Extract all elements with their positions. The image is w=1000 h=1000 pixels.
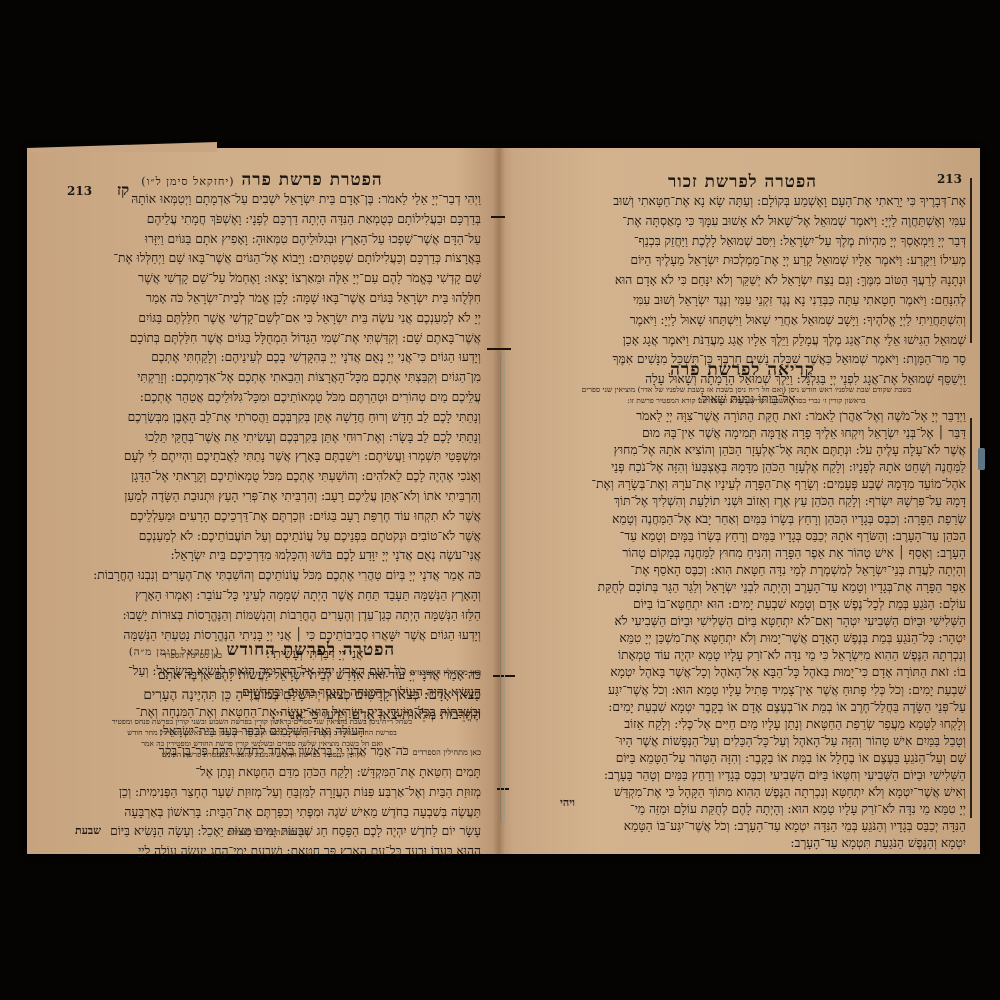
text-line: אֲשֶׁר לֹא־עָלָה עָלֶיהָ עֹל: וּנְתַתֶּם… [527, 442, 966, 459]
text-line: כאן מתחילין הספרדים כֹּה־אָמַר אֲדֹנָי י… [43, 742, 481, 763]
text-line: הַנָּשִׂיא יִהְיֶה הָעוֹלוֹת וְהַמִּנְחָ… [43, 683, 481, 703]
text-line: שְׁמוּאֵל הַגִּישׁוּ אֵלַי אֶת־אֲגַג מֶל… [527, 331, 966, 351]
text-line: הַהוּא בַּעֲדוֹ וּבְעַד כָּל־עַם הָאָרֶץ… [43, 842, 481, 862]
text-line: וְטָבַל בַּמַּיִם אִישׁ טָהוֹר וְהִזָּה … [527, 733, 966, 750]
section-heading-title: הפטרה לפרשת החודש [227, 640, 396, 660]
text-line: וְהִשְׁתַּחֲוֵיתִי לַיְיָ אֱלֹהֶיךָ: וַי… [527, 311, 966, 331]
footer-note: לבי רעת הט״ז ז״ל לעיניהם [227, 828, 309, 837]
text-line: וְנָתַתִּי לָכֶם לֵב חָדָשׁ וְרוּחַ חֲדָ… [43, 408, 481, 428]
text-line: וְלָקְחוּ לַטָּמֵא מֵעֲפַר שְׂרֵפַת הַחַ… [527, 716, 966, 733]
text-line: לְהִנָּחֵם: וַיֹּאמֶר חָטָאתִי עַתָּה כַ… [527, 291, 966, 311]
text-line: דָּמָהּ עַל־פִּרְשָׁהּ יִשְׂרֹף: וְלָקַח… [527, 493, 966, 510]
catchword: ויהי [560, 796, 575, 809]
text-line: אֹהֶל־מוֹעֵד מִדָּמָהּ שֶׁבַע פְּעָמִים:… [527, 476, 966, 493]
text-line: וְאָנֹכִי אֶהְיֶה לָכֶם לֵאלֹהִים: וְהוֹ… [43, 467, 481, 487]
text-line: הַנִּדָּה יְכַבֵּס בְּגָדָיו וְהַנֹּגֵעַ… [527, 818, 966, 835]
text-line: מְעִילוֹ וַיִּקָּרַע: וַיֹּאמֶר אֵלָיו ש… [527, 251, 966, 271]
text-line: לַמַּחֲנֶה וְשָׁחַט אֹתָהּ לְפָנָיו: וְל… [527, 459, 966, 476]
book-spread: הפטרת פרשת פרה (יחזקאל סימן ל״ו) 213 קז … [27, 148, 980, 854]
margin-rule [970, 418, 972, 818]
text-line: וְהָאָרֶץ הַנְּשַׁמָּה תֵּעָבֵד תַּחַת א… [43, 586, 481, 606]
right-page: הפטרה לפרשת זכור 213 אֶת־דְּבָרֶיךָ כִּי… [505, 148, 980, 854]
margin-rule [970, 178, 972, 343]
text-line: הַשְּׁלִישִׁי וּבַיּוֹם הַשְּׁבִיעִי יִט… [527, 613, 966, 630]
text-line: בָּאֲרָצוֹת כְּדַרְכָּם וְכַעֲלִילוֹתָם … [43, 249, 481, 269]
text-line: וְיָדְעוּ הַגּוֹיִם כִּי־אֲנִי יְיָ נְאֻ… [43, 348, 481, 368]
text-line: שְׂרֵפַת הַפָּרָה: וְכִבֶּס בְּגָדָיו הַ… [527, 511, 966, 528]
parah-reading-text: וַיְדַבֵּר יְיָ אֶל־מֹשֶׁה וְאֶל־אַהֲרֹן… [527, 408, 966, 852]
text-line: עַל־הַדָּם אֲשֶׁר־שָׁפְכוּ עַל־הָאָרֶץ ו… [43, 230, 481, 250]
text-line: שָׁם וְעַל־הַנֹּגֵעַ בַּעֶצֶם אוֹ בֶחָלָ… [527, 750, 966, 767]
text-line: וְהָיְתָה לַעֲדַת בְּנֵי־יִשְׂרָאֵל לְמִ… [527, 562, 966, 579]
running-head: הפטרה לפרשת זכור [505, 172, 980, 192]
text-line: וְהִרְבֵּיתִי אֹתוֹ וְלֹא־אֶתֵּן עֲלֵיכֶ… [43, 487, 481, 507]
text-line: שִׁבְעַת יָמִים: וְכֹל כְּלִי פָתוּחַ אֲ… [527, 682, 966, 699]
text-line: תָּמִים וְחִטֵּאתָ אֶת־הַמִּקְדָּשׁ: וְל… [43, 763, 481, 783]
text-line: עֲלֵיכֶם מַיִם טְהוֹרִים וּטְהַרְתֶּם מִ… [43, 388, 481, 408]
text-line: שֵׁם קָדְשִׁי בֶּאֱמֹר לָהֶם עַם־יְיָ אֵ… [43, 269, 481, 289]
text-line: תַּעֲשֶׂה בְּשִׁבְעָה בַחֹדֶשׁ מֵאִישׁ ש… [43, 803, 481, 823]
running-head: הפטרת פרשת פרה (יחזקאל סימן ל״ו) [27, 170, 497, 190]
running-head-title: הפטרה לפרשת זכור [668, 172, 817, 192]
text-line: יִטְהָר: כָּל־הַנֹּגֵעַ בְּמֵת בְּנֶפֶשׁ… [527, 630, 966, 647]
text-line-content: כֹּה־אָמַר אֲדֹנָי יְיָ בָּרִאשׁוֹן בְּא… [159, 744, 409, 758]
text-line: כאן מתחילין האשכנזים כֹּל הָעָם הָאָרֶץ … [43, 662, 481, 683]
text-line: וּנְתָנָהּ לְרֵעֲךָ הַטּוֹב מִמֶּךָּ: וְ… [527, 271, 966, 291]
section-heading-hachodesh: הפטרה לפרשת החודש (יחזקאל סימן מ״ה) [27, 640, 497, 660]
text-line: יְיָ טִמֵּא מֵי נִדָּה לֹא־זֹרַק עָלָיו … [527, 801, 966, 818]
text-line: דַּבֵּר ׀ אֶל־בְּנֵי יִשְׂרָאֵל וְיִקְחו… [527, 425, 966, 442]
catchword: שבעת [75, 824, 101, 837]
section-heading-parah: קריאה לפרשת פרה [505, 360, 980, 380]
text-line: הָעָרֶב: וְאָסַף ׀ אִישׁ טָהוֹר אֵת אֵפֶ… [527, 545, 966, 562]
note-line: בראשון קורין ז׳ גברי בסדר השבוע וקדיש לע… [527, 395, 966, 406]
text-line: בְּדַרְכָּם וּבַעֲלִילוֹתָם כְּטֻמְאַת ה… [43, 210, 481, 230]
text-line: כֹּה אָמַר אֲדֹנָי יְיָ בְּיוֹם טַהֲרִי … [43, 566, 481, 586]
text-line: וְאִישׁ אֲשֶׁר־יִטְמָא וְלֹא יִתְחַטָּא … [527, 784, 966, 801]
text-line: וְנִכְרְתָה הַנֶּפֶשׁ הַהִוא מִיִּשְׂרָא… [527, 647, 966, 664]
text-line: וְנָתַתִּי לָכֶם לֵב בָּשָׂר: וְאֶת־רוּח… [43, 428, 481, 448]
text-line: וּמִשְׁפָּטַי תִּשְׁמְרוּ וַעֲשִׂיתֶם: ו… [43, 447, 481, 467]
running-head-sub: (יחזקאל סימן ל״ו) [141, 175, 234, 188]
left-page: הפטרת פרשת פרה (יחזקאל סימן ל״ו) 213 קז … [27, 148, 497, 854]
text-line: הָעוֹלָה וְאֶת־הַשְּׁלָמִים לְכַפֵּר בְּ… [43, 722, 481, 742]
running-head-title: הפטרת פרשת פרה [241, 170, 382, 190]
section-heading-sub: (יחזקאל סימן מ״ה) [129, 647, 220, 658]
text-line-content: כֹּל הָעָם הָאָרֶץ יִהְיוּ אֶל־הַתְּרוּמ… [128, 664, 406, 678]
text-line: הַכֹּהֵן עַד־הָעָרֶב: וְהַשֹּׂרֵף אֹתָהּ… [527, 528, 966, 545]
text-line: אֲשֶׁר־בָּאתֶם שָׁם: וְקִדַּשְׁתִּי אֶת־… [43, 329, 481, 349]
text-line: עִמִּי וְאֶשְׁתַּחֲוֶה לַיְיָ: וַיֹּאמֶר… [527, 212, 966, 232]
text-line: הַלֵּזוּ הַנְּשַׁמָּה הָיְתָה כְּגַן־עֵד… [43, 606, 481, 626]
text-line: מְזוּזַת הַבַּיִת וְאֶל־אַרְבַּע פִּנּוֹ… [43, 783, 481, 803]
text-line: הַשְּׁלִישִׁי וּבַיּוֹם הַשְּׁבִיעִי וְח… [527, 767, 966, 784]
ashkenazi-start-note: כאן מתחילין האשכנזים [410, 668, 481, 677]
text-line: חִלְּלֻהוּ בֵּית יִשְׂרָאֵל בַּגּוֹיִם א… [43, 289, 481, 309]
text-line: עַל־פְּנֵי הַשָּׂדֶה בַּחֲלַל־חֶרֶב אוֹ … [527, 699, 966, 716]
text-line: יִטְמָא וְהַנֶּפֶשׁ הַנֹּגַעַת תִּטְמָא … [527, 835, 966, 852]
text-line: וּבַשַּׁבָּתוֹת בְּכָל־מוֹעֲדֵי בֵּית יִ… [43, 703, 481, 723]
text-line: וַיְדַבֵּר יְיָ אֶל־מֹשֶׁה וְאֶל־אַהֲרֹן… [527, 408, 966, 425]
text-line: אֵפֶר הַפָּרָה אֶת־בְּגָדָיו וְטָמֵא עַד… [527, 579, 966, 596]
text-line: וַיְהִי דְבַר־יְיָ אֵלַי לֵאמֹר: בֶּן־אָ… [43, 190, 481, 210]
text-line: אֲנִי־עֹשֶׂה נְאֻם אֲדֹנָי יְיָ יִוָּדַע… [43, 546, 481, 566]
sephardi-start-note: כאן מתחילין הספרדים [413, 748, 481, 757]
folio-number: 213 [937, 172, 962, 186]
page-tab-marker [978, 448, 985, 470]
text-line: מִן־הַגּוֹיִם וְקִבַּצְתִּי אֶתְכֶם מִכָ… [43, 368, 481, 388]
text-line: דְּבַר יְיָ וַיִּמְאָסְךָ יְיָ מִהְיוֹת … [527, 232, 966, 252]
section-heading-title: קריאה לפרשת פרה [670, 360, 815, 380]
text-line: עוֹלָם: הַנֹּגֵעַ בְּמֵת לְכָל־נֶפֶשׁ אָ… [527, 596, 966, 613]
text-line: אֲשֶׁר לֹא תִקְחוּ עוֹד חֶרְפַּת רָעָב ב… [43, 507, 481, 527]
text-line: יְיָ לֹא לְמַעַנְכֶם אֲנִי עֹשֶׂה בֵּית … [43, 309, 481, 329]
text-line: אֲשֶׁר לֹא־טוֹבִים וּנְקֹטֹתֶם בִּפְנֵיכ… [43, 527, 481, 547]
text-line: אֶת־דְּבָרֶיךָ כִּי יָרֵאתִי אֶת־הָעָם ו… [527, 192, 966, 212]
text-line: בוֹ: זֹאת הַתּוֹרָה אָדָם כִּי־יָמוּת בְ… [527, 664, 966, 681]
instruction-note: בשבת שקודם שבת שלפניו ראש חודש ניסן (ואם… [527, 384, 966, 406]
note-line: בשבת שקודם שבת שלפניו ראש חודש ניסן (ואם… [527, 384, 966, 395]
